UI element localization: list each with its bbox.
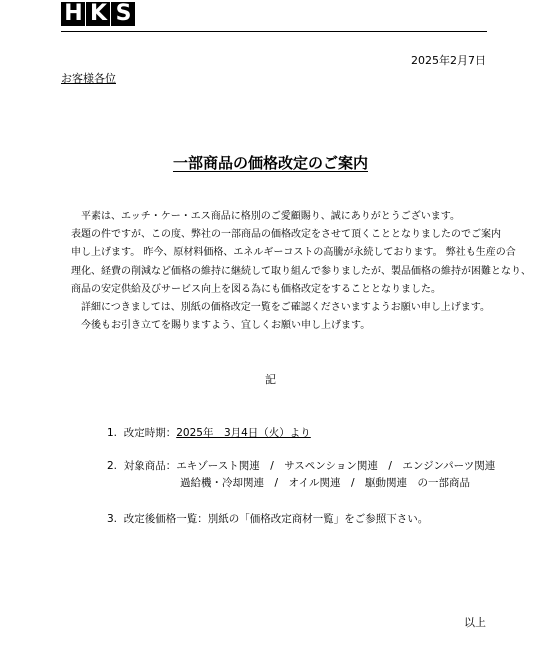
body-line: 申し上げます。 昨今、原材料価格、エネルギーコストの高騰が永続しております。 弊… xyxy=(71,244,496,262)
item-price-list: 3. 改定後価格一覧：別紙の「価格改定商材一覧」をご参照下さい。 xyxy=(107,511,428,526)
item-target-products: 2. 対象商品：エキゾースト関連 / サスペンション関連 / エンジンパーツ関連 xyxy=(107,458,495,473)
body-line: 詳細につきましては、別紙の価格改定一覧をご確認くださいますようお願い申し上げます… xyxy=(71,299,496,317)
body-line: 平素は、エッチ・ケー・エス商品に格別のご愛顧賜り、誠にありがとうございます。 xyxy=(71,208,496,226)
item-target-products-line2: 過給機・冷却関連 / オイル関連 / 駆動関連 の一部商品 xyxy=(180,475,470,490)
document-date: 2025年2月7日 xyxy=(411,52,486,68)
addressee: お客様各位 xyxy=(61,70,116,86)
closing-mark: 以上 xyxy=(464,614,486,630)
body-line: 今後もお引き立てを賜りますよう、宜しくお願い申し上げます。 xyxy=(71,317,496,335)
header-rule xyxy=(61,31,487,32)
logo-letter: K xyxy=(86,2,110,26)
body-line: 理化、経費の削減など価格の維持に継続して取り組んで参りましたが、製品価格の維持が… xyxy=(71,263,496,281)
ki-heading: 記 xyxy=(0,371,541,387)
body-line: 表題の件ですが、この度、弊社の一部商品の価格改定をさせて頂くこととなりましたので… xyxy=(71,226,496,244)
logo-letter: H xyxy=(61,2,85,26)
hks-logo: H K S xyxy=(61,2,136,28)
body-line: 商品の安定供給及びサービス向上を図る為にも価格改定をすることとなりました。 xyxy=(71,281,496,299)
revision-date-value: 2025年 3月4日（火）より xyxy=(176,427,311,439)
item-revision-date: 1. 改定時期：2025年 3月4日（火）より xyxy=(107,425,311,440)
logo-letter: S xyxy=(111,2,135,26)
body-text: 平素は、エッチ・ケー・エス商品に格別のご愛顧賜り、誠にありがとうございます。 表… xyxy=(71,208,496,335)
document-title: 一部商品の価格改定のご案内 xyxy=(0,152,541,173)
